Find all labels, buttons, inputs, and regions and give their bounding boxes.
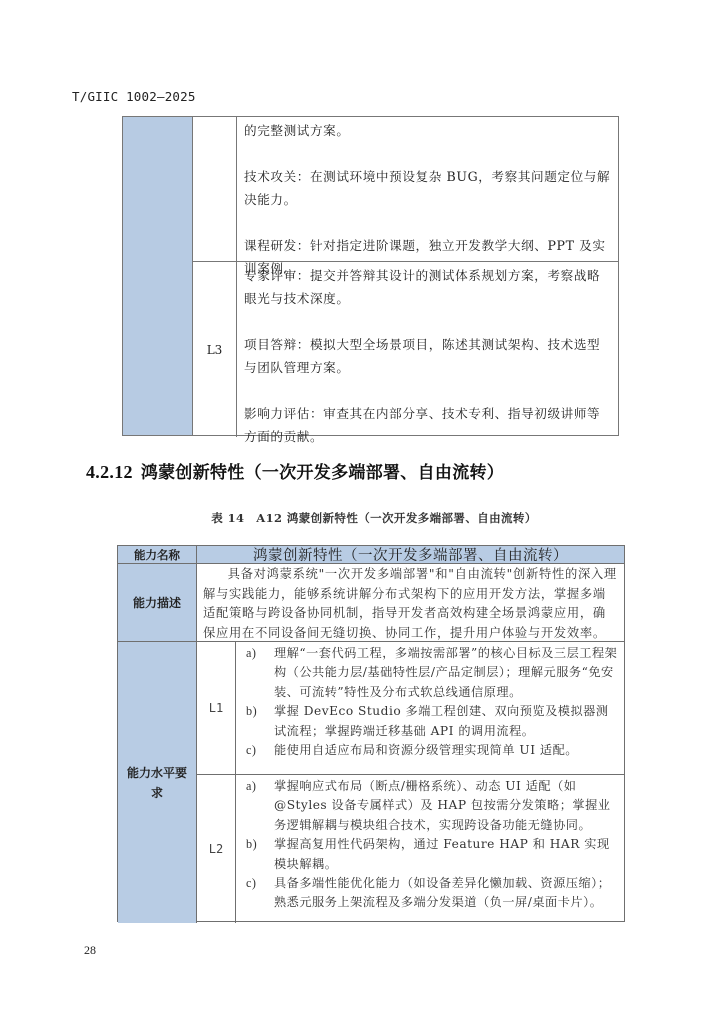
section-heading: 4.2.12鸿蒙创新特性（一次开发多端部署、自由流转） — [86, 458, 504, 483]
page-number: 28 — [84, 943, 96, 958]
paragraph: 影响力评估：审查其在内部分享、技术专利、指导初级讲师等方面的贡献。 — [244, 402, 612, 448]
header-row: 能力名称 鸿蒙创新特性（一次开发多端部署、自由流转） — [118, 546, 624, 564]
list-item: c)能使用自适应布局和资源分级管理实现简单 UI 适配。 — [246, 741, 618, 760]
level-l1-items: a)理解“一套代码工程，多端按需部署”的核心目标及三层工程架构（公共能力层/基础… — [236, 642, 624, 774]
level-l2: L2 — [197, 774, 236, 923]
paragraph: 技术攻关：在测试环境中预设复杂 BUG，考察其问题定位与解决能力。 — [244, 165, 612, 211]
section-number: 4.2.12 — [86, 462, 133, 482]
paragraph: 的完整测试方案。 — [244, 119, 612, 142]
level-cell — [193, 117, 237, 261]
continuation-table: 的完整测试方案。 技术攻关：在测试环境中预设复杂 BUG，考察其问题定位与解决能… — [122, 116, 619, 436]
category-cell — [123, 117, 193, 435]
list-item: b)掌握 DevEco Studio 多端工程创建、双向预览及模拟器测试流程；掌… — [246, 702, 618, 741]
level-l1: L1 — [197, 642, 236, 774]
description-label: 能力描述 — [118, 564, 197, 642]
capability-table: 能力名称 鸿蒙创新特性（一次开发多端部署、自由流转） 能力描述 具备对鸿蒙系统"… — [117, 545, 625, 922]
content-cell: 专家评审：提交并答辩其设计的测试体系规划方案，考察战略眼光与技术深度。 项目答辩… — [237, 261, 618, 437]
header-value: 鸿蒙创新特性（一次开发多端部署、自由流转） — [197, 546, 624, 563]
header-label: 能力名称 — [118, 546, 197, 563]
level-cell: L3 — [193, 261, 237, 437]
description-text: 具备对鸿蒙系统"一次开发多端部署"和"自由流转"创新特性的深入理解与实践能力，能… — [197, 564, 624, 642]
list-item: a)理解“一套代码工程，多端按需部署”的核心目标及三层工程架构（公共能力层/基础… — [246, 644, 618, 702]
level-l2-items: a)掌握响应式布局（断点/栅格系统）、动态 UI 适配（如@Styles 设备专… — [236, 774, 624, 923]
paragraph: 项目答辩：模拟大型全场景项目，陈述其测试架构、技术选型与团队管理方案。 — [244, 333, 612, 379]
list-item: b)掌握高复用性代码架构，通过 Feature HAP 和 HAR 实现模块解耦… — [246, 835, 618, 874]
paragraph: 专家评审：提交并答辩其设计的测试体系规划方案，考察战略眼光与技术深度。 — [244, 264, 612, 310]
requirement-label: 能力水平要求 — [118, 642, 197, 923]
list-item: a)掌握响应式布局（断点/栅格系统）、动态 UI 适配（如@Styles 设备专… — [246, 777, 618, 835]
section-title: 鸿蒙创新特性（一次开发多端部署、自由流转） — [141, 463, 504, 483]
table-caption: 表 14 A12 鸿蒙创新特性（一次开发多端部署、自由流转） — [0, 510, 724, 526]
content-cell: 的完整测试方案。 技术攻关：在测试环境中预设复杂 BUG，考察其问题定位与解决能… — [237, 117, 618, 261]
list-item: c)具备多端性能优化能力（如设备差异化懒加载、资源压缩）；熟悉元服务上架流程及多… — [246, 874, 618, 913]
standard-id: T/GIIC 1002—2025 — [72, 89, 196, 104]
